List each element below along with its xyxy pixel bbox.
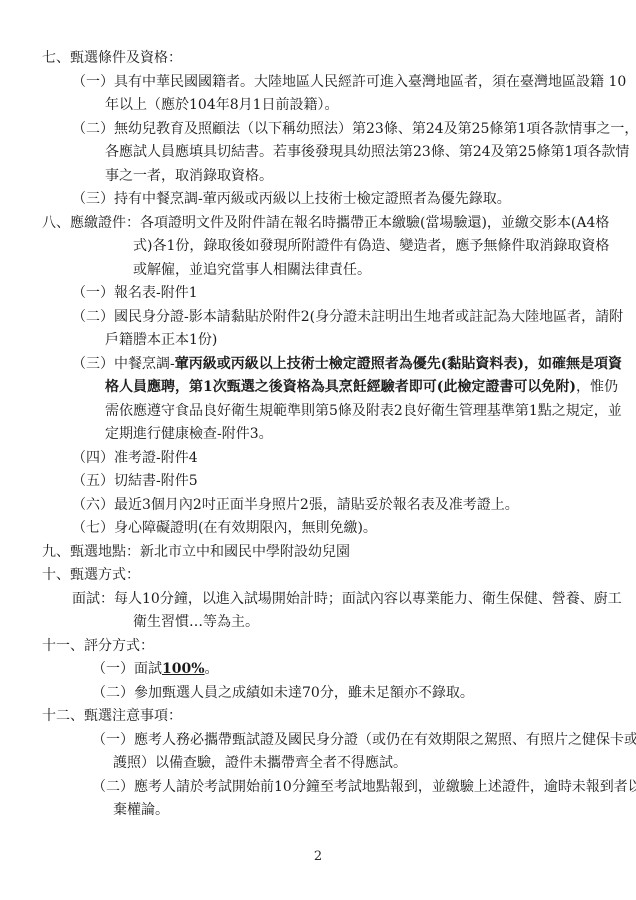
text-segment: 100% [162, 661, 205, 677]
text-segment: （二）無幼兒教育及照顧法（以下稱幼照法）第23條、第24及第25條第1項各款情事… [72, 121, 636, 137]
document-line: 各應試人員應填具切結書。若事後發現具幼照法第23條、第24及第25條第1項各款情 [42, 141, 606, 165]
text-segment: 十二、甄選注意事項： [42, 708, 182, 724]
text-segment: 各應試人員應填具切結書。若事後發現具幼照法第23條、第24及第25條第1項各款情 [105, 144, 629, 160]
document-line: （一）報名表-附件1 [42, 282, 606, 306]
text-segment: 事之一者，取消錄取資格。 [105, 168, 273, 184]
text-segment: 戶籍謄本正本1份) [105, 332, 217, 348]
text-segment: 定期進行健康檢查-附件3。 [105, 426, 273, 442]
document-line: （四）准考證-附件4 [42, 447, 606, 471]
document-line: （一）應考人務必攜帶甄試證及國民身分證（或仍在有效期限之駕照、有照片之健保卡或 [42, 729, 606, 753]
text-segment: 年以上（應於104年8月1日前設籍）。 [105, 97, 339, 113]
text-segment: （二）參加甄選人員之成績如未達70分，雖未足額亦不錄取。 [92, 685, 474, 701]
document-line: （二）無幼兒教育及照顧法（以下稱幼照法）第23條、第24及第25條第1項各款情事… [42, 118, 606, 142]
text-segment: 。 [205, 661, 219, 677]
document-line: 或解僱，並追究當事人相關法律責任。 [42, 259, 606, 283]
text-segment: （五）切結書-附件5 [72, 473, 198, 489]
text-segment: 式)各1份，錄取後如發現所附證件有偽造、變造者，應予無條件取消錄取資格 [133, 238, 609, 254]
text-segment: 棄權論。 [113, 802, 169, 818]
document-line: 八、應繳證件：各項證明文件及附件請在報名時攜帶正本繳驗(當場驗還)，並繳交影本(… [42, 212, 606, 236]
document-line: （六）最近3個月內2吋正面半身照片2張，請貼妥於報名表及准考證上。 [42, 494, 606, 518]
document-line: 格人員應聘，第1次甄選之後資格為具烹飪經驗者即可(此檢定證書可以免附)，惟仍 [42, 376, 606, 400]
text-segment: 護照）以備查驗，證件未攜帶齊全者不得應試。 [113, 755, 407, 771]
document-page: 七、甄選條件及資格：（一）具有中華民國國籍者。大陸地區人民經許可進入臺灣地區者，… [0, 0, 636, 900]
text-segment: （一）具有中華民國國籍者。大陸地區人民經許可進入臺灣地區者，須在臺灣地區設籍 1… [72, 74, 626, 90]
document-line: （二）國民身分證-影本請黏貼於附件2(身分證未註明出生地者或註記為大陸地區者，請… [42, 306, 606, 330]
page-footer: 2 [0, 845, 636, 864]
document-line: 七、甄選條件及資格： [42, 47, 606, 71]
document-line: （一）具有中華民國國籍者。大陸地區人民經許可進入臺灣地區者，須在臺灣地區設籍 1… [42, 71, 606, 95]
document-line: 衛生習慣…等為主。 [42, 611, 606, 635]
document-line: （一）面試100%。 [42, 658, 606, 682]
text-segment: （一）報名表-附件1 [72, 285, 198, 301]
text-segment: 格人員應聘，第1次甄選之後資格為具烹飪經驗者即可(此檢定證書可以免附) [105, 379, 576, 395]
document-line: （七）身心障礙證明(在有效期限內，無則免繳)。 [42, 517, 606, 541]
document-line: 年以上（應於104年8月1日前設籍）。 [42, 94, 606, 118]
document-line: 事之一者，取消錄取資格。 [42, 165, 606, 189]
text-segment: 或解僱，並追究當事人相關法律責任。 [133, 262, 371, 278]
text-segment: 十一、評分方式： [42, 638, 154, 654]
document-line: （三）中餐烹調-葷丙級或丙級以上技術士檢定證照者為優先(黏貼資料表)，如確無是項… [42, 353, 606, 377]
document-line: （三）持有中餐烹調-葷丙級或丙級以上技術士檢定證照者為優先錄取。 [42, 188, 606, 212]
document-line: 十、甄選方式： [42, 564, 606, 588]
text-segment: （七）身心障礙證明(在有效期限內，無則免繳)。 [72, 520, 377, 536]
text-segment: （三）中餐烹調- [72, 356, 175, 372]
document-line: 面試：每人10分鐘，以進入試場開始計時；面試內容以專業能力、衛生保健、營養、廚工 [42, 588, 606, 612]
text-segment: 需依應遵守食品良好衛生規範準則第5條及附表2良好衛生管理基準第1點之規定，並 [105, 403, 622, 419]
text-segment: 面試：每人10分鐘，以進入試場開始計時；面試內容以專業能力、衛生保健、營養、廚工 [72, 591, 622, 607]
document-line: 棄權論。 [42, 799, 606, 823]
text-segment: 八、應繳證件：各項證明文件及附件請在報名時攜帶正本繳驗(當場驗還)，並繳交影本(… [42, 215, 609, 231]
document-line: 需依應遵守食品良好衛生規範準則第5條及附表2良好衛生管理基準第1點之規定，並 [42, 400, 606, 424]
text-segment: （一）面試 [92, 661, 162, 677]
text-segment: （二）國民身分證-影本請黏貼於附件2(身分證未註明出生地者或註記為大陸地區者，請… [72, 309, 623, 325]
text-segment: 十、甄選方式： [42, 567, 140, 583]
document-line: 戶籍謄本正本1份) [42, 329, 606, 353]
document-line: （二）參加甄選人員之成績如未達70分，雖未足額亦不錄取。 [42, 682, 606, 706]
document-lines: 七、甄選條件及資格：（一）具有中華民國國籍者。大陸地區人民經許可進入臺灣地區者，… [42, 47, 606, 823]
document-line: （二）應考人請於考試開始前10分鐘至考試地點報到，並繳驗上述證件，逾時未報到者以 [42, 776, 606, 800]
text-segment: （四）准考證-附件4 [72, 450, 198, 466]
document-line: 十二、甄選注意事項： [42, 705, 606, 729]
page-number: 2 [314, 849, 322, 864]
document-line: 式)各1份，錄取後如發現所附證件有偽造、變造者，應予無條件取消錄取資格 [42, 235, 606, 259]
text-segment: 七、甄選條件及資格： [42, 50, 182, 66]
text-segment: 衛生習慣…等為主。 [133, 614, 259, 630]
document-line: 九、甄選地點：新北市立中和國民中學附設幼兒園 [42, 541, 606, 565]
text-segment: （六）最近3個月內2吋正面半身照片2張，請貼妥於報名表及准考證上。 [72, 497, 519, 513]
text-segment: （一）應考人務必攜帶甄試證及國民身分證（或仍在有效期限之駕照、有照片之健保卡或 [92, 732, 636, 748]
document-line: （五）切結書-附件5 [42, 470, 606, 494]
document-line: 十一、評分方式： [42, 635, 606, 659]
text-segment: 葷丙級或丙級以上技術士檢定證照者為優先(黏貼資料表)，如確無是項資 [175, 356, 622, 372]
text-segment: 九、甄選地點：新北市立中和國民中學附設幼兒園 [42, 544, 350, 560]
text-segment: （二）應考人請於考試開始前10分鐘至考試地點報到，並繳驗上述證件，逾時未報到者以 [92, 779, 636, 795]
document-line: 護照）以備查驗，證件未攜帶齊全者不得應試。 [42, 752, 606, 776]
text-segment: （三）持有中餐烹調-葷丙級或丙級以上技術士檢定證照者為優先錄取。 [72, 191, 511, 207]
document-line: 定期進行健康檢查-附件3。 [42, 423, 606, 447]
text-segment: ，惟仍 [576, 379, 618, 395]
